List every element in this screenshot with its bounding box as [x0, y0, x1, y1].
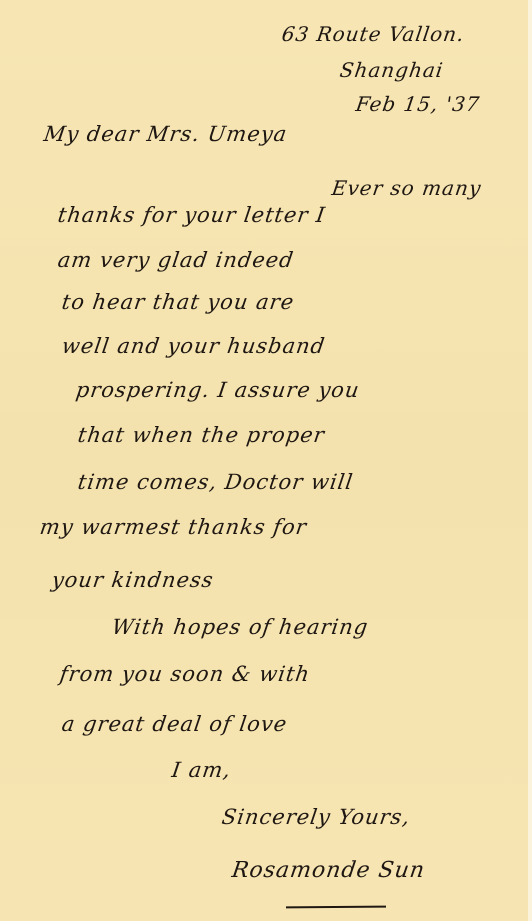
salutation: My dear Mrs. Umeya	[42, 122, 289, 146]
address-line-2: Shanghai	[338, 58, 445, 82]
body-line-10: your kindness	[50, 568, 215, 592]
body-line-3: am very glad indeed	[56, 248, 295, 272]
closing: Sincerely Yours,	[220, 805, 412, 829]
body-line-13: a great deal of love	[60, 712, 289, 736]
body-line-9: my warmest thanks for	[38, 515, 308, 539]
body-line-12: from you soon & with	[58, 662, 311, 686]
body-line-11: With hopes of hearing	[110, 615, 370, 639]
body-line-5: well and your husband	[60, 334, 327, 358]
body-line-6: prospering. I assure you	[74, 378, 361, 402]
address-line-1: 63 Route Vallon.	[280, 22, 466, 46]
body-line-2: thanks for your letter I	[56, 203, 327, 227]
body-line-1: Ever so many	[330, 176, 483, 200]
paper-edge	[528, 0, 532, 921]
body-line-14: I am,	[170, 758, 232, 782]
letter-date: Feb 15, '37	[354, 92, 481, 116]
signature: Rosamonde Sun	[230, 858, 427, 883]
body-line-8: time comes, Doctor will	[76, 470, 355, 494]
body-line-4: to hear that you are	[60, 290, 296, 314]
body-line-7: that when the proper	[76, 423, 326, 447]
